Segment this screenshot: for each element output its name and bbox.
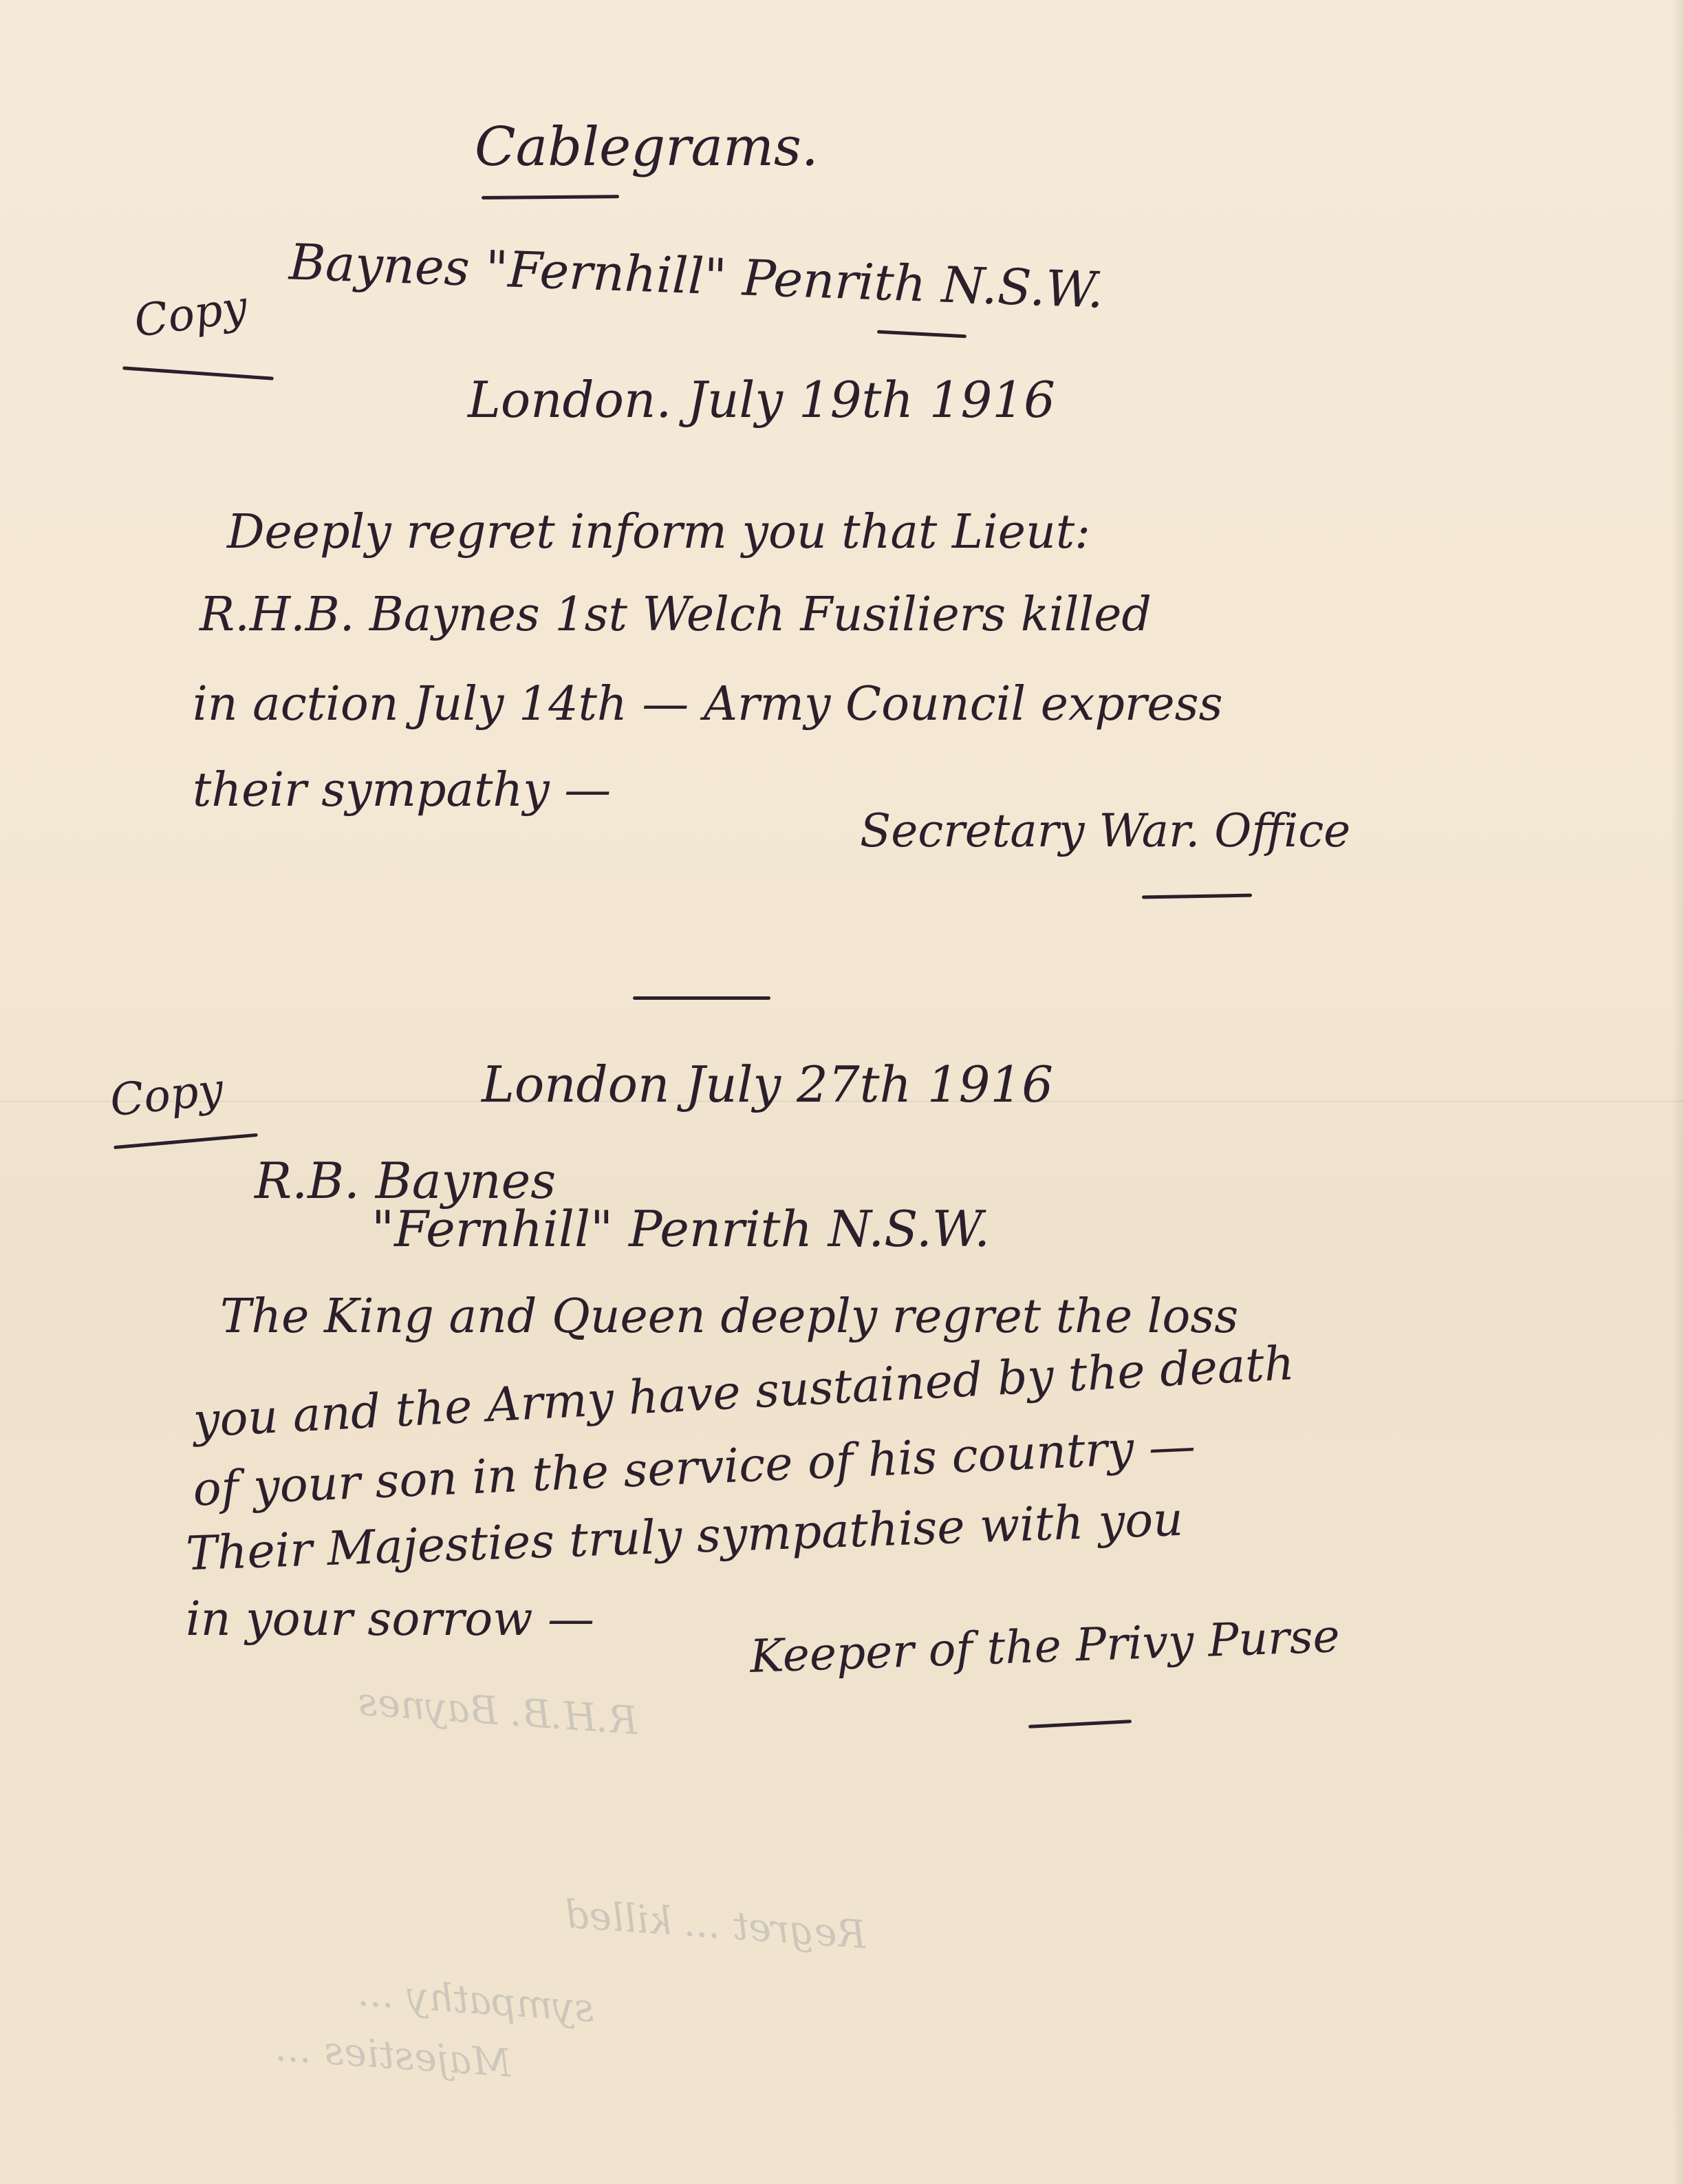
copy-label-2: Copy: [108, 1068, 225, 1124]
telegram-1-body-line-2: R.H.B. Baynes 1st Welch Fusiliers killed: [199, 592, 1152, 639]
telegram-1-place-date: London. July 19th 1916: [468, 375, 1055, 425]
telegram-2-place-date: London July 27th 1916: [482, 1060, 1053, 1109]
telegram-1-body-line-3: in action July 14th — Army Council expre…: [193, 681, 1222, 728]
telegram-1-signature: Secretary War. Office: [860, 809, 1350, 854]
telegram-2-body-line-1: The King and Queen deeply regret the los…: [220, 1294, 1238, 1340]
document-title: Cablegrams.: [475, 120, 819, 174]
telegram-1-body-line-1: Deeply regret inform you that Lieut:: [227, 509, 1090, 556]
telegram-2-addressee-name: R.B. Baynes: [255, 1156, 556, 1206]
section-divider: [633, 996, 770, 1000]
telegram-2-body-line-5: in your sorrow —: [186, 1596, 594, 1643]
paper-edge-shadow: [1672, 0, 1684, 2184]
telegram-2-addressee-address: "Fernhill" Penrith N.S.W.: [371, 1204, 990, 1254]
telegram-1-body-line-4: their sympathy —: [193, 767, 611, 814]
